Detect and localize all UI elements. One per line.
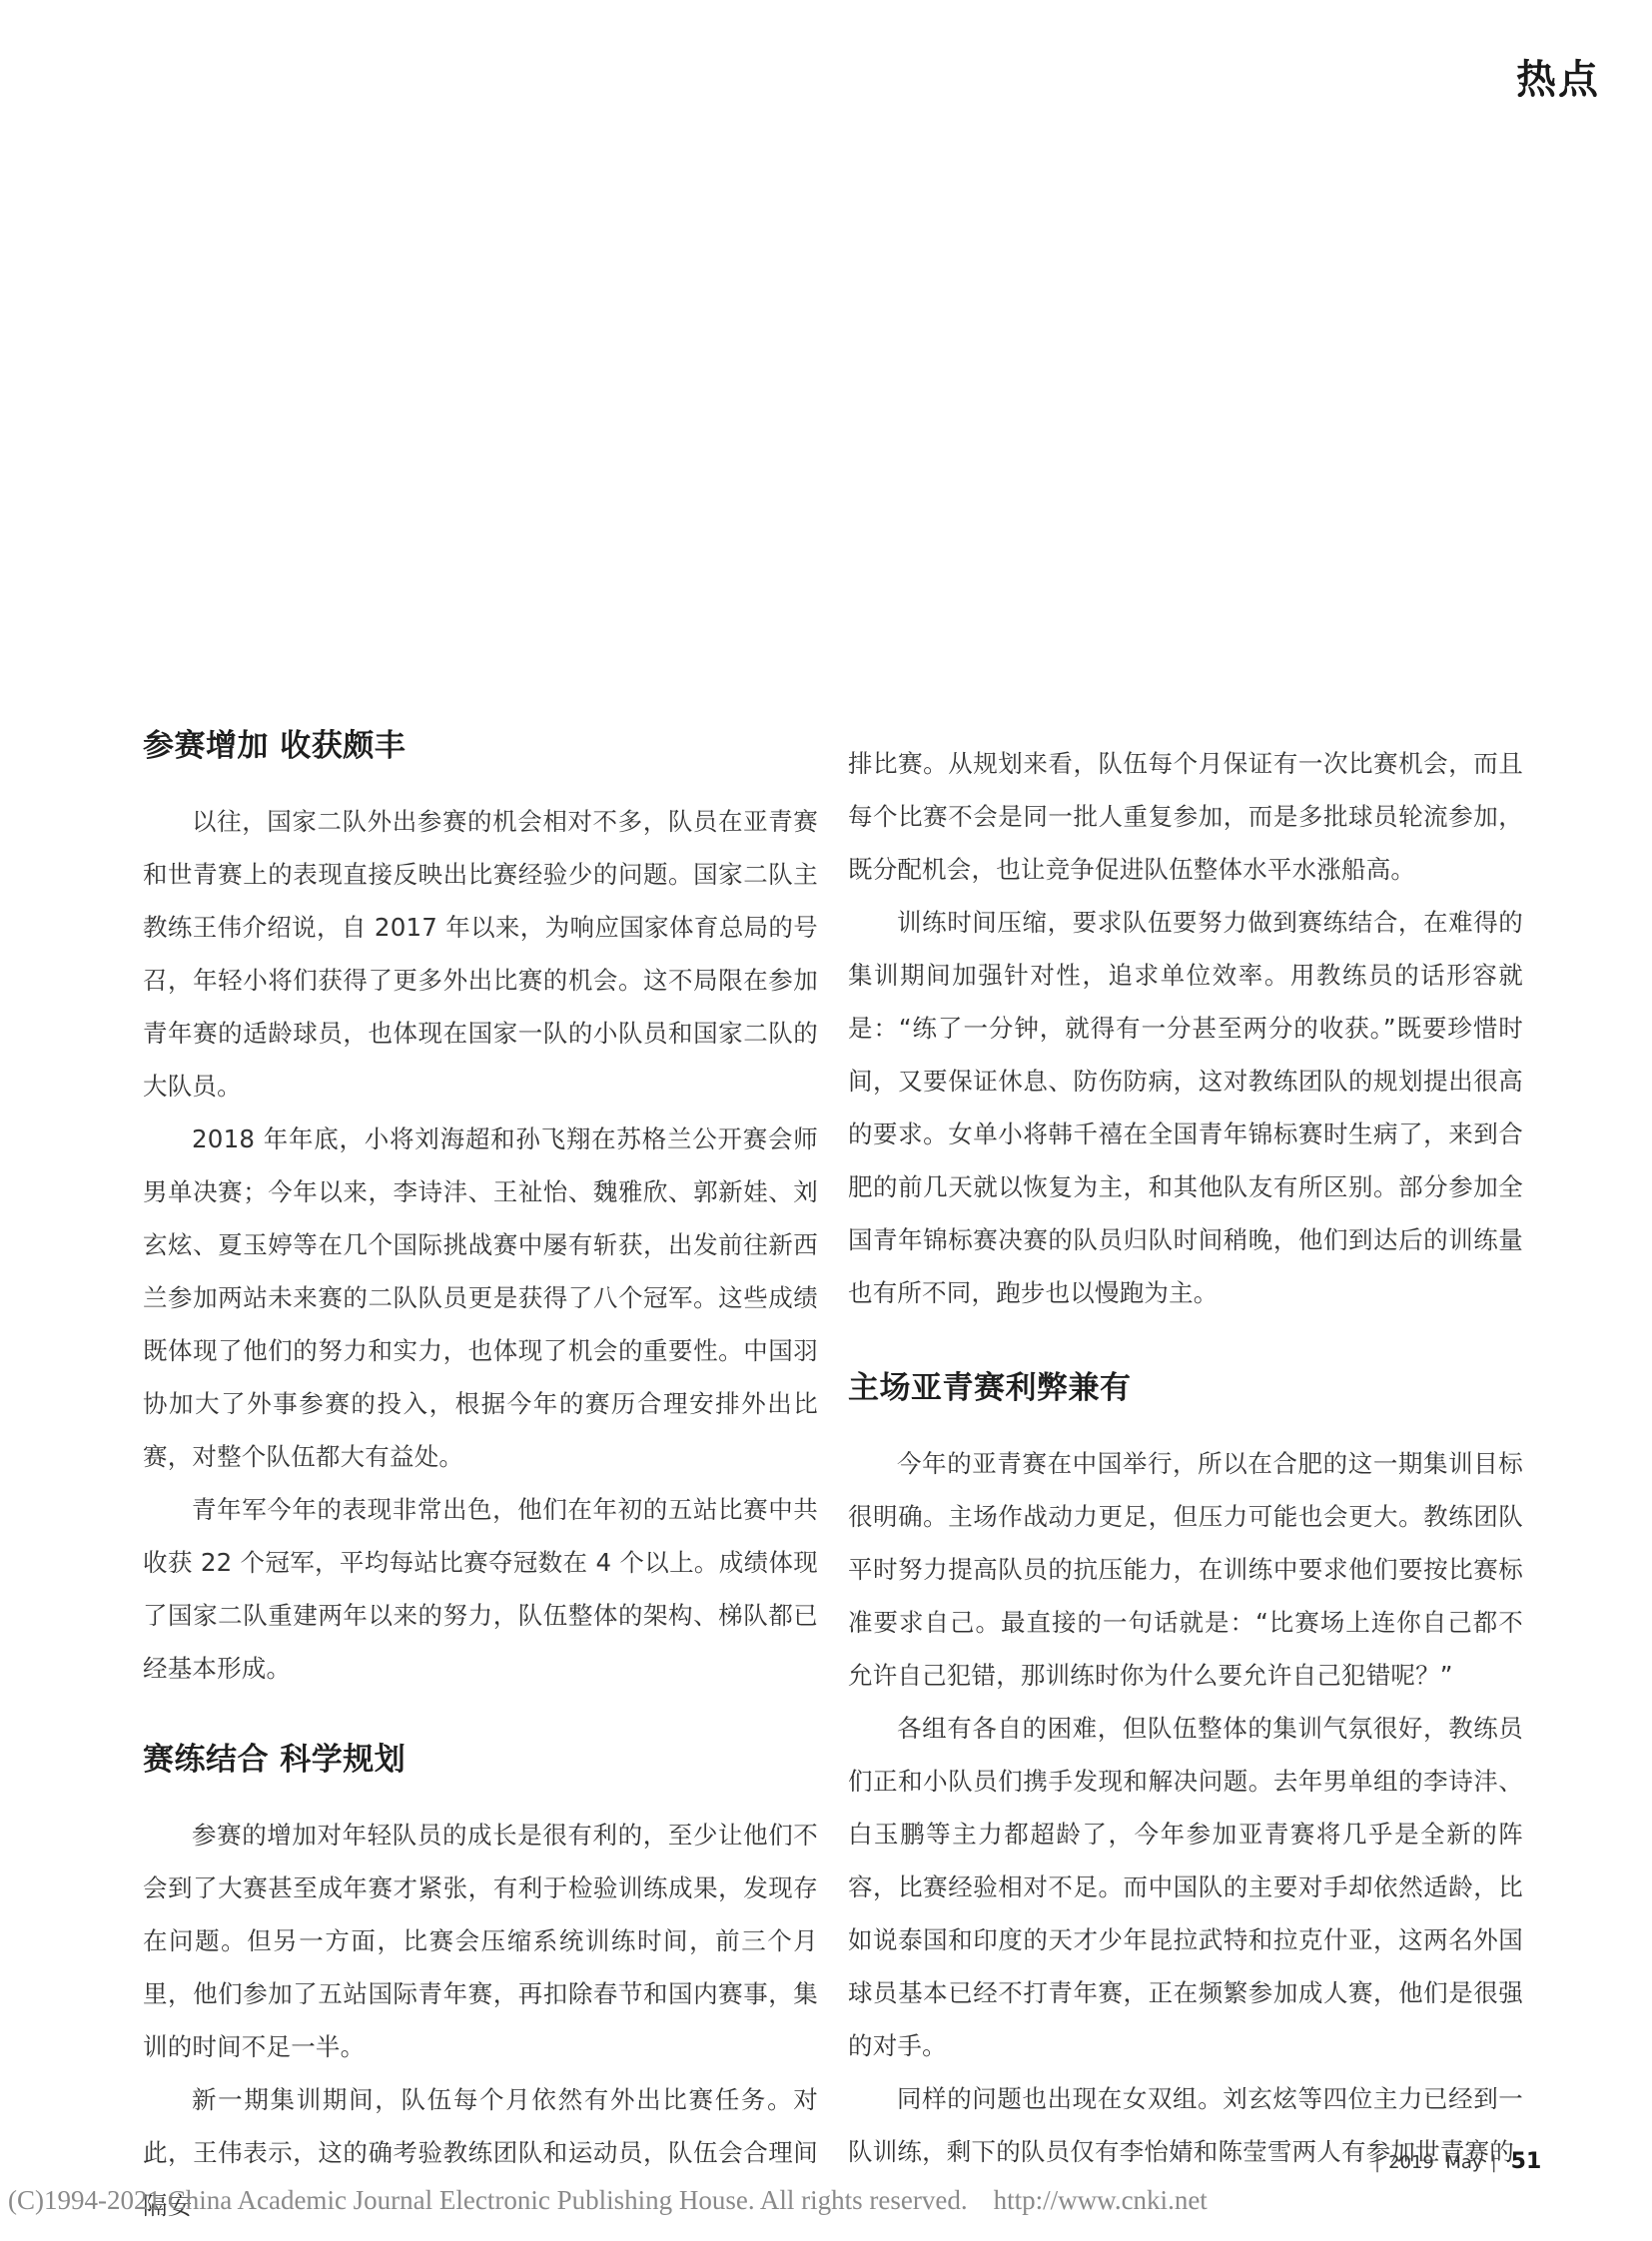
section-tag: 热点	[1516, 48, 1600, 105]
paragraph: 以往，国家二队外出参赛的机会相对不多，队员在亚青赛和世青赛上的表现直接反映出比赛…	[143, 795, 818, 1113]
right-column: 排比赛。从规划来看，队伍每个月保证有一次比赛机会，而且每个比赛不会是同一批人重复…	[848, 737, 1523, 2178]
copyright-notice: (C)1994-2021 China Academic Journal Elec…	[8, 2185, 1208, 2216]
divider: |	[1491, 2152, 1497, 2173]
paragraph: 参赛的增加对年轻队员的成长是很有利的，至少让他们不会到了大赛甚至成年赛才紧张，有…	[143, 1809, 818, 2073]
divider: |	[1374, 2152, 1380, 2173]
page-number: 51	[1511, 2149, 1542, 2174]
subheading-2: 赛练结合 科学规划	[143, 1731, 818, 1789]
paragraph: 各组有各自的困难，但队伍整体的集训气氛很好，教练员们正和小队员们携手发现和解决问…	[848, 1702, 1523, 2072]
paragraph: 今年的亚青赛在中国举行，所以在合肥的这一期集训目标很明确。主场作战动力更足，但压…	[848, 1437, 1523, 1702]
left-column: 参赛增加 收获颇丰 以往，国家二队外出参赛的机会相对不多，队员在亚青赛和世青赛上…	[143, 717, 818, 2232]
paragraph: 2018 年年底，小将刘海超和孙飞翔在苏格兰公开赛会师男单决赛；今年以来，李诗沣…	[143, 1113, 818, 1483]
issue-year: 2019	[1388, 2152, 1434, 2173]
subheading-1: 参赛增加 收获颇丰	[143, 717, 818, 775]
paragraph: 训练时间压缩，要求队伍要努力做到赛练结合，在难得的集训期间加强针对性，追求单位效…	[848, 896, 1523, 1319]
copyright-text: (C)1994-2021 China Academic Journal Elec…	[8, 2185, 968, 2215]
page-folio: |2019 May|51	[1366, 2149, 1541, 2174]
issue-month: May	[1445, 2152, 1482, 2173]
subheading-3: 主场亚青赛利弊兼有	[848, 1359, 1523, 1417]
paragraph: 青年军今年的表现非常出色，他们在年初的五站比赛中共收获 22 个冠军，平均每站比…	[143, 1483, 818, 1695]
source-url[interactable]: http://www.cnki.net	[994, 2185, 1208, 2215]
paragraph-continuation: 排比赛。从规划来看，队伍每个月保证有一次比赛机会，而且每个比赛不会是同一批人重复…	[848, 737, 1523, 896]
